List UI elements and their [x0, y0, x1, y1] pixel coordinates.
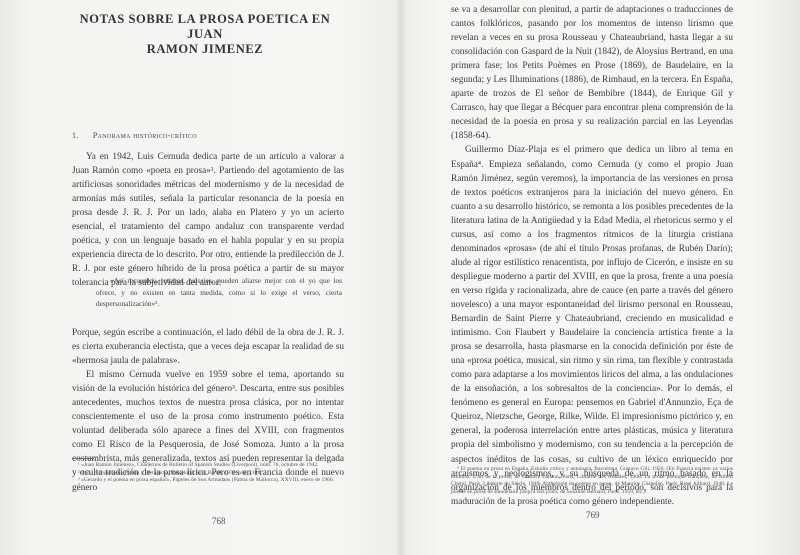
right-body: se va a desarrollar con plenitud, a part… — [451, 3, 733, 509]
page-right: se va a desarrollar con plenitud, a part… — [400, 0, 800, 555]
title-line-2: RAMON JIMENEZ — [70, 42, 340, 57]
paragraph: Guillermo Díaz-Plaja es el primero que d… — [451, 143, 733, 508]
footnote: ³ «Gerardo y el poema en prosa español»,… — [72, 477, 344, 485]
paragraph: Porque, según escribe a continuación, el… — [72, 326, 344, 368]
quote-text: «Así recuerdos, retratos, paisajes, pued… — [96, 275, 342, 310]
paragraph: Ya en 1942, Luis Cernuda dedica parte de… — [72, 150, 344, 290]
footnote: ⁴ El poema en prosa en España. Estudio c… — [451, 466, 733, 496]
right-footnotes: ⁴ El poema en prosa en España. Estudio c… — [451, 466, 733, 496]
page-left: NOTAS SOBRE LA PROSA POETICA EN JUAN RAM… — [0, 0, 400, 555]
paragraph: se va a desarrollar con plenitud, a part… — [451, 3, 733, 143]
section-heading: 1. Panorama histórico-crítico — [72, 131, 197, 140]
left-body-intro: Ya en 1942, Luis Cernuda dedica parte de… — [72, 150, 344, 290]
title-line-1: NOTAS SOBRE LA PROSA POETICA EN JUAN — [70, 12, 340, 42]
footnote-rule — [72, 458, 94, 459]
page-number-left: 768 — [212, 516, 226, 526]
article-title: NOTAS SOBRE LA PROSA POETICA EN JUAN RAM… — [70, 12, 340, 57]
footnote: ¹ «Juan Ramón Jiménez», Cuadernos de Bul… — [72, 462, 344, 470]
book-spread: NOTAS SOBRE LA PROSA POETICA EN JUAN RAM… — [0, 0, 800, 555]
section-number: 1. — [72, 131, 79, 140]
section-heading-text: Panorama histórico-crítico — [93, 131, 197, 140]
left-footnotes: ¹ «Juan Ramón Jiménez», Cuadernos de Bul… — [72, 462, 344, 485]
page-number-right: 769 — [586, 510, 600, 520]
block-quote: «Así recuerdos, retratos, paisajes, pued… — [96, 275, 342, 310]
book-gutter — [397, 0, 405, 555]
